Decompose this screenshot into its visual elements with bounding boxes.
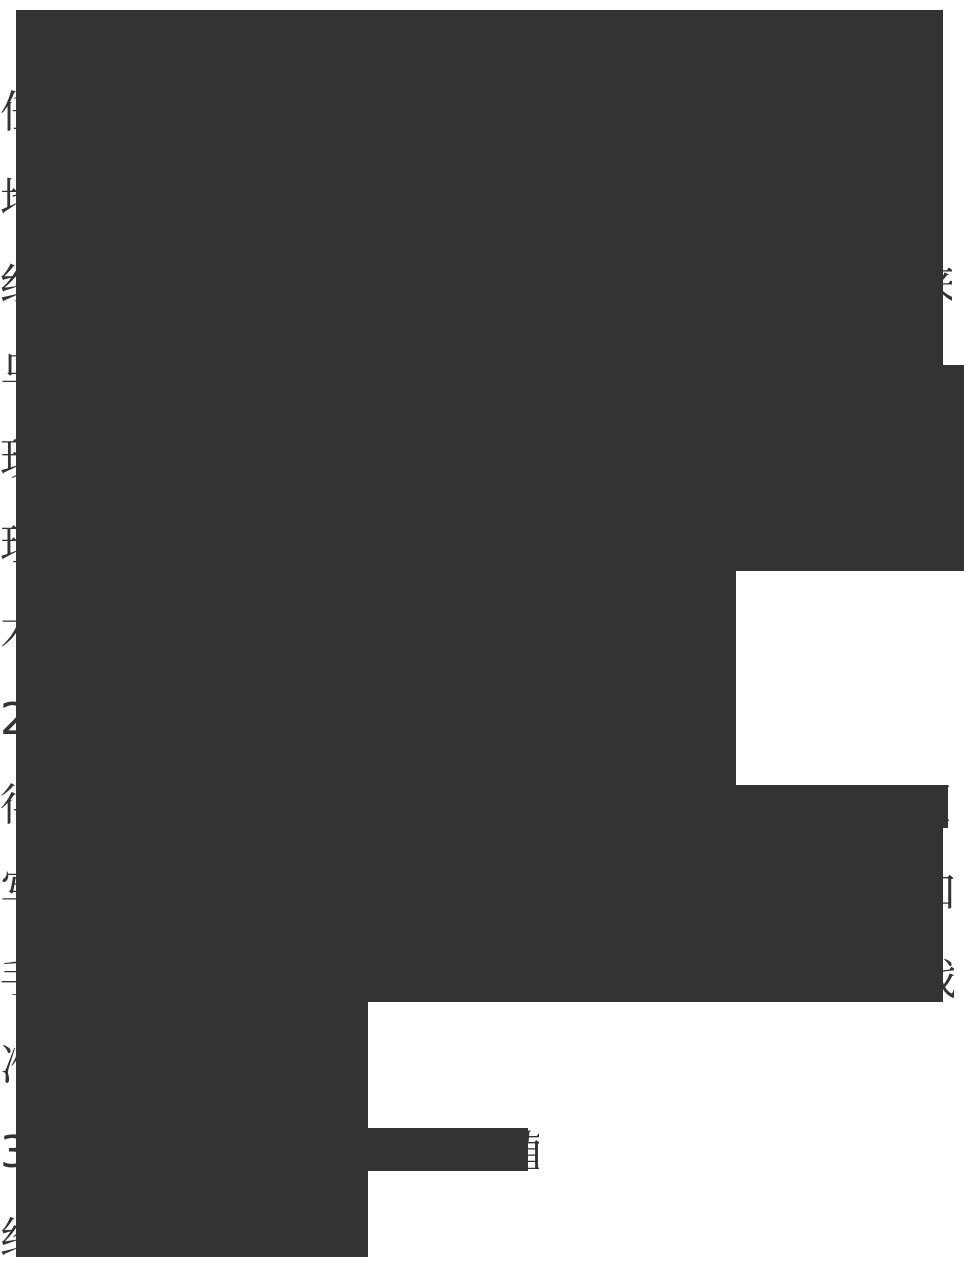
clipped-char-line-6: 理 <box>0 521 16 571</box>
clipped-numeral-line-13: 3 <box>0 1128 16 1178</box>
clipped-char-line-1: 任 <box>0 88 16 138</box>
clipped-char-line-5: 现 <box>0 435 16 485</box>
char-glyph: 给 <box>0 1215 16 1265</box>
char-glyph: 任 <box>0 88 16 138</box>
clipped-char-line-2: 地 <box>0 175 16 225</box>
char-glyph: 得 <box>0 781 16 831</box>
char-glyph: 值 <box>528 1128 539 1178</box>
mask-notch-right <box>943 785 948 828</box>
char-glyph: 口 <box>943 868 957 918</box>
mask-block-lower <box>16 785 943 1002</box>
mask-block-upper <box>16 10 943 365</box>
char-glyph: 地 <box>0 175 16 225</box>
char-glyph: 理 <box>0 521 16 571</box>
char-glyph: 写 <box>0 868 16 918</box>
clipped-char-line-3: 经 <box>0 261 16 311</box>
char-glyph: 准 <box>0 1041 16 1091</box>
clipped-numeral-line-8: 2 <box>0 695 16 745</box>
clipped-char-line-11: 手 <box>0 955 16 1005</box>
char-glyph: 木 <box>0 608 16 658</box>
clipped-char-right-line-10: 口 <box>943 868 957 918</box>
clipped-char-line-4: 鸟 <box>0 348 16 398</box>
clipped-char-right-line-3: 来 <box>943 261 952 311</box>
clipped-char-after-bottom-bar: 值 <box>528 1128 539 1178</box>
char-glyph: 经 <box>0 261 16 311</box>
mask-block-mid-left <box>16 571 736 785</box>
clipped-char-line-7: 木 <box>0 608 16 658</box>
mask-block-bottom-left <box>16 1002 368 1257</box>
char-glyph: 戏 <box>943 955 954 1005</box>
page: 任 地 经 鸟 现 理 木 2 得 写 手 准 3 给 来 国 口 戏 值 <box>0 0 964 1283</box>
char-glyph: 来 <box>943 261 952 311</box>
clipped-char-line-14: 给 <box>0 1215 16 1265</box>
clipped-char-line-12: 准 <box>0 1041 16 1091</box>
char-glyph: 3 <box>0 1128 16 1178</box>
char-glyph: 手 <box>0 955 16 1005</box>
mask-bar-bottom <box>368 1128 528 1171</box>
clipped-char-right-line-11: 戏 <box>943 955 954 1005</box>
char-glyph: 鸟 <box>0 348 16 398</box>
mask-block-right-band <box>16 365 964 571</box>
clipped-char-line-10: 写 <box>0 868 16 918</box>
clipped-char-line-9: 得 <box>0 781 16 831</box>
char-glyph: 现 <box>0 435 16 485</box>
char-glyph: 2 <box>0 695 16 745</box>
